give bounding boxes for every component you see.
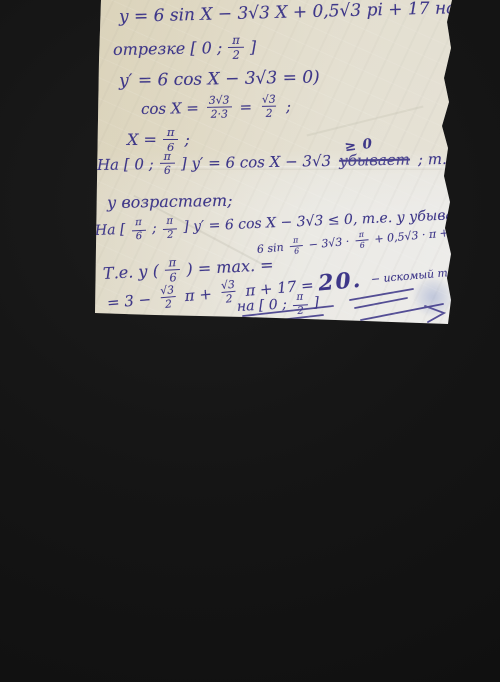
fraction: π 6: [131, 218, 147, 243]
math-line-function: y = 6 sin X − 3√3 X + 0,5√3 pi + 17 на: [119, 0, 457, 27]
fraction-denominator: 6: [355, 240, 369, 251]
fraction-numerator: π: [131, 218, 146, 230]
math-line-final-interval: на [ 0 ; π 2 ]: [236, 292, 319, 320]
line-text: cos X =: [141, 100, 199, 118]
fraction-denominator: 2: [160, 296, 176, 311]
fraction: 3√3 2·3: [205, 94, 234, 120]
fraction: π 6: [354, 230, 369, 251]
fraction: √3 2: [258, 94, 280, 120]
fraction-numerator: π: [292, 292, 307, 304]
fraction-denominator: 2: [228, 47, 244, 61]
line-text: = 3 −: [106, 291, 151, 311]
fraction: π 2: [292, 292, 308, 317]
fraction-numerator: π: [228, 34, 244, 47]
fraction-numerator: π: [164, 256, 180, 270]
line-text: =: [239, 99, 252, 116]
line-text: y = 6 sin X − 3√3 X + 0,5√3 pi + 17 на: [119, 0, 457, 27]
fraction-denominator: 6: [290, 245, 304, 256]
fraction-numerator: 3√3: [205, 94, 234, 107]
line-text: y′ = 6 cos X − 3√3 = 0): [119, 68, 320, 90]
line-text: ]: [250, 38, 257, 56]
final-answer: 20.: [317, 269, 363, 297]
fraction-denominator: 2: [221, 291, 237, 306]
line-text: + 0,5√3 · π + 17 =: [374, 224, 480, 245]
fraction: √3 2: [156, 284, 180, 311]
math-line-x-value: X = π 6 ;: [127, 126, 190, 153]
fraction-denominator: 2·3: [207, 107, 232, 121]
fraction-numerator: π: [163, 126, 179, 139]
math-line-increasing: у возрастает;: [107, 192, 233, 212]
fraction: π 6: [164, 256, 181, 284]
line-text: ;: [184, 131, 189, 149]
fraction: π 2: [162, 216, 178, 241]
answer-note: − искомый max: [371, 266, 461, 286]
line-text: ; т.е.: [418, 150, 461, 167]
math-line-derivative: y′ = 6 cos X − 3√3 = 0): [119, 68, 320, 90]
crossed-out-word: ≥ 0 убывает: [339, 151, 410, 169]
math-line-cosx: cos X = 3√3 2·3 = √3 2 ;: [141, 93, 291, 121]
paper-crease-diagonal-2: [307, 106, 424, 137]
struck-text: убывает: [339, 150, 410, 169]
math-line-interval-1-sign: На [ 0 ; π 6 ] y′ = 6 cos X − 3√3 ≥ 0 уб…: [97, 146, 461, 178]
fraction-numerator: π: [160, 151, 175, 164]
line-text: π +: [184, 285, 213, 304]
fraction-denominator: 2: [163, 228, 178, 241]
handwritten-note-paper: y = 6 sin X − 3√3 X + 0,5√3 pi + 17 на о…: [95, 0, 455, 326]
line-text: у возрастает;: [107, 192, 233, 212]
line-text: X =: [127, 131, 157, 149]
fraction-denominator: 2: [293, 304, 308, 317]
line-text: Т.е. у (: [103, 262, 160, 283]
fraction-denominator: 6: [160, 163, 175, 177]
fraction: π 6: [160, 151, 176, 177]
line-text: ;: [152, 222, 157, 238]
line-text: на [ 0 ;: [237, 298, 288, 316]
fraction-denominator: 6: [132, 229, 147, 242]
double-dash-stroke-2: [355, 298, 407, 308]
fraction-numerator: π: [162, 216, 177, 228]
fraction-denominator: 2: [262, 106, 277, 120]
fraction-numerator: √3: [258, 94, 280, 107]
math-line-interval: отрезке [ 0 ; π 2 ]: [113, 34, 257, 64]
line-text: ] y′ = 6 cos X − 3√3: [181, 152, 332, 171]
fraction-denominator: 6: [165, 269, 181, 284]
line-text: отрезке [ 0 ;: [113, 39, 223, 58]
line-text: ]: [313, 296, 319, 312]
fraction: π 6: [289, 236, 304, 257]
line-text: − 3√3 ·: [308, 236, 350, 252]
line-text: На [ 0 ;: [97, 156, 154, 173]
fraction: π 2: [228, 34, 244, 61]
line-text: ) = max. =: [186, 256, 274, 278]
line-text: ;: [286, 98, 291, 115]
line-text: На [: [95, 223, 126, 240]
scanner-background: y = 6 sin X − 3√3 X + 0,5√3 pi + 17 на о…: [0, 0, 500, 682]
